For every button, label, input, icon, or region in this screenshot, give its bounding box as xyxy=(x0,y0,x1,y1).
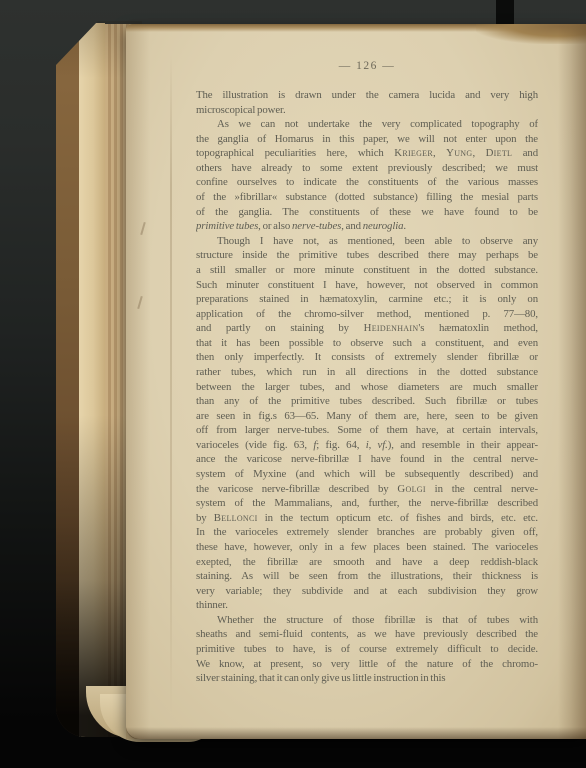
text-line: preparations stained in hæmatoxylin, car… xyxy=(196,292,538,307)
text-line: confine ourselves to indicate the consti… xyxy=(196,175,538,190)
text-line: staining. As will be seen from the illus… xyxy=(196,569,538,584)
text-line: Though I have not, as mentioned, been ab… xyxy=(196,234,538,249)
text-line: rather tubes, which run in all direction… xyxy=(196,365,538,380)
page-bottom-shading xyxy=(126,727,586,739)
text-line: As we can not undertake the very complic… xyxy=(196,117,538,132)
page-left-shading xyxy=(126,24,150,739)
text-line: ance the varicose nerve-fibrillæ I have … xyxy=(196,452,538,467)
text-line: and partly on staining by Heidenhain's h… xyxy=(196,321,538,336)
book-cover-edge xyxy=(56,21,79,737)
text-line: between the larger tubes, and whose diam… xyxy=(196,380,538,395)
text-line: a still smaller or more minute constitue… xyxy=(196,263,538,278)
page-crease xyxy=(170,54,172,714)
page-fore-edges-light xyxy=(79,23,105,737)
text-line: others have already to some extent previ… xyxy=(196,161,538,176)
text-line: thinner. xyxy=(196,598,538,613)
text-line: by Bellonci in the tectum opticum etc. o… xyxy=(196,511,538,526)
text-line: varioceles (vide fig. 63, f; fig. 64, i,… xyxy=(196,438,538,453)
text-line: the ganglia of Homarus in this paper, we… xyxy=(196,132,538,147)
text-line: of the ganglia. The constituents of thes… xyxy=(196,205,538,220)
text-line: silver staining, that it can only give u… xyxy=(196,671,538,686)
text-line: We know, at present, so very little of t… xyxy=(196,657,538,672)
text-line: off from larger nerve-tubes. Some of the… xyxy=(196,423,538,438)
text-line: exepted, the fibrillæ are smooth and hav… xyxy=(196,555,538,570)
text-line: microscopical power. xyxy=(196,103,538,118)
page-text: The illustration is drawn under the came… xyxy=(196,88,538,686)
text-line: that it has been possible to observe suc… xyxy=(196,336,538,351)
text-line: Such minuter constituent I have, however… xyxy=(196,278,538,293)
text-line: very variable; they subdivide and at eac… xyxy=(196,584,538,599)
text-line: Whether the structure of those fibrillæ … xyxy=(196,613,538,628)
text-line: application of the chromo-silver method,… xyxy=(196,307,538,322)
text-line: these have, however, only in a few place… xyxy=(196,540,538,555)
text-line: topographical peculiarities here, which … xyxy=(196,146,538,161)
text-line: are seen in fig.s 63—65. Many of them ar… xyxy=(196,409,538,424)
text-line: primitive tubes, or also nerve-tubes, an… xyxy=(196,219,538,234)
page-right-shading xyxy=(558,24,586,739)
text-line: primitive tubes to have, is of course ex… xyxy=(196,642,538,657)
text-line: In the varioceles extremely slender bran… xyxy=(196,525,538,540)
book-page: — 126 — The illustration is drawn under … xyxy=(126,24,586,739)
photo-background: — 126 — The illustration is drawn under … xyxy=(0,0,586,768)
text-line: structure inside the primitive tubes des… xyxy=(196,248,538,263)
text-line: then only imperfectly. It consists of ex… xyxy=(196,350,538,365)
page-number: — 126 — xyxy=(196,60,538,72)
text-line: system of Myxine (and which will be subs… xyxy=(196,467,538,482)
text-line: sheaths and semi-fluid contents, as we h… xyxy=(196,627,538,642)
text-line: The illustration is drawn under the came… xyxy=(196,88,538,103)
text-line: than any of the primitive tubes describe… xyxy=(196,394,538,409)
text-line: the varicose nerve-fibrillæ described by… xyxy=(196,482,538,497)
text-line: system of the Mammalians, and, further, … xyxy=(196,496,538,511)
text-line: of the »fibrillar« substance (dotted sub… xyxy=(196,190,538,205)
